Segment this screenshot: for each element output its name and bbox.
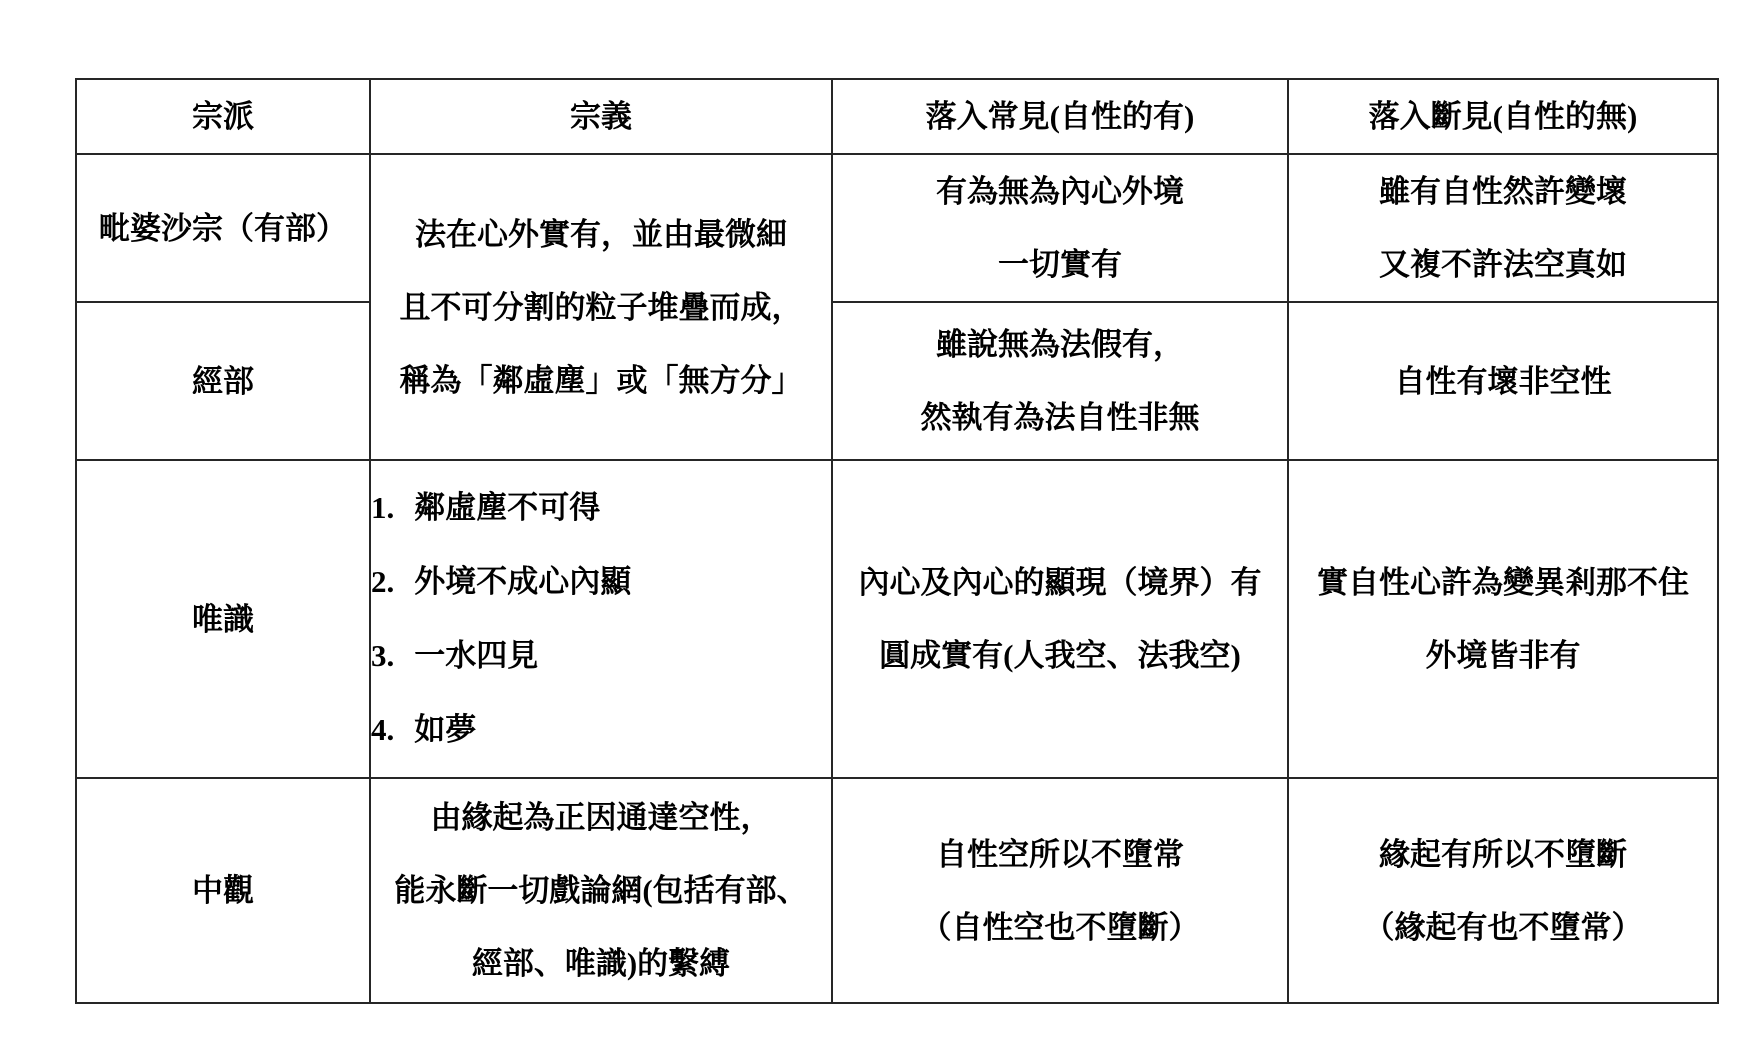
cell-sautrantika-eternalism: 雖說無為法假有， 然執有為法自性非無 <box>832 302 1288 460</box>
cell-madhyamaka-tenet: 由緣起為正因通達空性， 能永斷一切戲論網(包括有部、 經部、唯識)的繫縛 <box>370 778 832 1003</box>
cell-vaibhasika-nihilism: 雖有自性然許變壞 又複不許法空真如 <box>1288 154 1718 302</box>
madhyamaka-eternalism-line: 自性空所以不墮常 <box>833 818 1287 891</box>
cell-sautrantika-nihilism: 自性有壞非空性 <box>1288 302 1718 460</box>
list-item-text: 鄰虛塵不可得 <box>414 490 600 525</box>
vaibhasika-nihilism-line: 又複不許法空真如 <box>1289 228 1717 301</box>
sautrantika-eternalism-line: 雖說無為法假有， <box>833 308 1287 381</box>
row-madhyamaka: 中觀 由緣起為正因通達空性， 能永斷一切戲論網(包括有部、 經部、唯識)的繫縛 … <box>76 778 1718 1003</box>
madhyamaka-tenet-line: 經部、唯識)的繫縛 <box>371 927 831 1000</box>
table-header-row: 宗派 宗義 落入常見(自性的有) 落入斷見(自性的無) <box>76 79 1718 154</box>
hinayana-tenet-line: 法在心外實有，並由最微細 <box>371 198 831 271</box>
hinayana-tenet-line: 稱為「鄰虛塵」或「無方分」 <box>371 344 831 417</box>
cell-hinayana-shared-tenet: 法在心外實有，並由最微細 且不可分割的粒子堆疊而成， 稱為「鄰虛塵」或「無方分」 <box>370 154 832 460</box>
row-sautrantika: 經部 雖說無為法假有， 然執有為法自性非無 自性有壞非空性 <box>76 302 1718 460</box>
row-vaibhasika: 毗婆沙宗（有部） 法在心外實有，並由最微細 且不可分割的粒子堆疊而成， 稱為「鄰… <box>76 154 1718 302</box>
header-eternalism-label: 落入常見(自性的有) <box>833 80 1287 153</box>
list-number: 2. <box>371 545 394 619</box>
header-school: 宗派 <box>76 79 370 154</box>
cell-vaibhasika-school: 毗婆沙宗（有部） <box>76 154 370 302</box>
list-item-text: 如夢 <box>414 712 476 747</box>
header-eternalism: 落入常見(自性的有) <box>832 79 1288 154</box>
cell-madhyamaka-eternalism: 自性空所以不墮常 （自性空也不墮斷） <box>832 778 1288 1003</box>
cell-sautrantika-school: 經部 <box>76 302 370 460</box>
cittamatra-nihilism-line: 實自性心許為變異剎那不住 <box>1289 546 1717 619</box>
madhyamaka-tenet-line: 由緣起為正因通達空性， <box>371 781 831 854</box>
header-tenet-label: 宗義 <box>371 80 831 153</box>
cittamatra-tenet-item: 3.一水四見 <box>371 619 831 693</box>
cittamatra-eternalism-line: 圓成實有(人我空、法我空) <box>833 619 1287 692</box>
vaibhasika-eternalism-line: 有為無為內心外境 <box>833 155 1287 228</box>
cell-cittamatra-nihilism: 實自性心許為變異剎那不住 外境皆非有 <box>1288 460 1718 778</box>
header-nihilism-label: 落入斷見(自性的無) <box>1289 80 1717 153</box>
document-page: 宗派 宗義 落入常見(自性的有) 落入斷見(自性的無) 毗婆沙宗（有部） 法在心… <box>0 0 1755 1043</box>
cell-cittamatra-tenet: 1.鄰虛塵不可得 2.外境不成心內顯 3.一水四見 4.如夢 <box>370 460 832 778</box>
cell-madhyamaka-nihilism: 緣起有所以不墮斷 （緣起有也不墮常） <box>1288 778 1718 1003</box>
vaibhasika-eternalism-line: 一切實有 <box>833 228 1287 301</box>
list-number: 4. <box>371 693 394 767</box>
cittamatra-nihilism-line: 外境皆非有 <box>1289 619 1717 692</box>
cell-cittamatra-school: 唯識 <box>76 460 370 778</box>
cittamatra-tenet-item: 1.鄰虛塵不可得 <box>371 471 831 545</box>
list-item-text: 外境不成心內顯 <box>414 564 631 599</box>
madhyamaka-school-label: 中觀 <box>77 854 369 927</box>
cell-cittamatra-eternalism: 內心及內心的顯現（境界）有 圓成實有(人我空、法我空) <box>832 460 1288 778</box>
cittamatra-tenet-item: 4.如夢 <box>371 693 831 767</box>
header-school-label: 宗派 <box>77 80 369 153</box>
tenets-table: 宗派 宗義 落入常見(自性的有) 落入斷見(自性的無) 毗婆沙宗（有部） 法在心… <box>75 78 1719 1004</box>
madhyamaka-tenet-line: 能永斷一切戲論網(包括有部、 <box>371 854 831 927</box>
header-nihilism: 落入斷見(自性的無) <box>1288 79 1718 154</box>
cell-vaibhasika-eternalism: 有為無為內心外境 一切實有 <box>832 154 1288 302</box>
madhyamaka-nihilism-line: （緣起有也不墮常） <box>1289 891 1717 964</box>
cittamatra-eternalism-line: 內心及內心的顯現（境界）有 <box>833 546 1287 619</box>
list-item-text: 一水四見 <box>414 638 538 673</box>
vaibhasika-nihilism-line: 雖有自性然許變壞 <box>1289 155 1717 228</box>
vaibhasika-school-label: 毗婆沙宗（有部） <box>77 192 369 265</box>
header-tenet: 宗義 <box>370 79 832 154</box>
list-number: 3. <box>371 619 394 693</box>
sautrantika-nihilism-line: 自性有壞非空性 <box>1289 345 1717 418</box>
madhyamaka-nihilism-line: 緣起有所以不墮斷 <box>1289 818 1717 891</box>
sautrantika-school-label: 經部 <box>77 345 369 418</box>
list-number: 1. <box>371 471 394 545</box>
hinayana-tenet-line: 且不可分割的粒子堆疊而成， <box>371 271 831 344</box>
sautrantika-eternalism-line: 然執有為法自性非無 <box>833 381 1287 454</box>
cell-madhyamaka-school: 中觀 <box>76 778 370 1003</box>
cittamatra-tenet-item: 2.外境不成心內顯 <box>371 545 831 619</box>
cittamatra-school-label: 唯識 <box>77 583 369 656</box>
row-cittamatra: 唯識 1.鄰虛塵不可得 2.外境不成心內顯 3.一水四見 4.如夢 內心及內心的… <box>76 460 1718 778</box>
madhyamaka-eternalism-line: （自性空也不墮斷） <box>833 891 1287 964</box>
